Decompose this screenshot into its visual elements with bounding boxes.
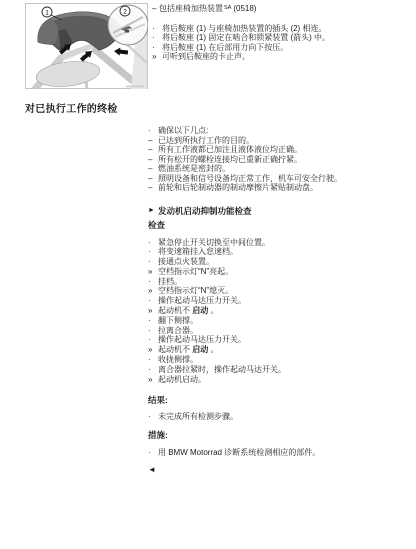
dash-icon: – xyxy=(148,155,158,165)
bullet-icon: · xyxy=(152,33,162,43)
check-step-text: 离合器拉紧时，操作起动马达开关。 xyxy=(158,365,414,375)
check-step: ·翻下侧撑。 xyxy=(148,316,414,326)
result-chevron-icon: » xyxy=(148,267,158,277)
final-check-text: 确保以下几点: xyxy=(158,126,414,136)
check-step: ·收拢侧撑。 xyxy=(148,355,414,365)
bullet-icon: · xyxy=(148,257,158,267)
install-step: · 将后鞍座 (1) 固定在啮合和锁紧装置 (箭头) 中。 xyxy=(152,33,414,43)
sa-equipment-note: – 包括座椅加热装置SA(0518) xyxy=(152,4,414,16)
engine-heading-text: 发动机启动抑制功能检查 xyxy=(158,206,252,216)
bullet-icon: · xyxy=(148,448,158,458)
result-chevron-icon: » xyxy=(148,306,158,316)
final-check-text: 燃油系统是密封的。 xyxy=(158,164,414,174)
sa-superscript: SA xyxy=(224,5,231,11)
install-step-text: 将后鞍座 (1) 固定在啮合和锁紧装置 (箭头) 中。 xyxy=(162,33,414,43)
bullet-icon: · xyxy=(148,355,158,365)
dash-icon: – xyxy=(148,164,158,174)
check-step: ·将变速箱挂入怠速档。 xyxy=(148,247,414,257)
dash-icon: – xyxy=(148,183,158,193)
final-check-text: 已达到所执行工作的目的。 xyxy=(158,136,414,146)
seat-heating-install-section: – 包括座椅加热装置SA(0518) · 将后鞍座 (1) 与座椅加热装置的插头… xyxy=(152,4,414,62)
final-check-item: –照明设备和信号设备均正常工作，机车可安全行驶。 xyxy=(148,174,414,184)
final-check-text: 所有松开的螺栓连接均已重新正确拧紧。 xyxy=(158,155,414,165)
final-check-item: –所有工作液都已加注且液体液位均正确。 xyxy=(148,145,414,155)
check-result-text: 起动机启动。 xyxy=(158,375,414,385)
measure-text: 用 BMW Motorrad 诊断系统检测相应的部件。 xyxy=(158,448,414,458)
install-result: » 可听到后鞍座的卡止声。 xyxy=(152,52,414,62)
check-result: »起动机不 启动 。 xyxy=(148,306,414,316)
check-result: »起动机启动。 xyxy=(148,375,414,385)
check-result-text: 起动机不 启动 。 xyxy=(158,306,414,316)
check-result-text: 空档指示灯“N”熄灭。 xyxy=(158,286,414,296)
result-label: 结果: xyxy=(148,395,414,405)
check-step: ·离合器拉紧时，操作起动马达开关。 xyxy=(148,365,414,375)
manual-page: 1 2 – 包括座椅加热装置SA(0518) · 将后鞍座 (1) 与座椅加热装… xyxy=(0,0,416,549)
sa-note-text: 包括座椅加热装置SA(0518) xyxy=(159,4,256,16)
bullet-icon: · xyxy=(148,326,158,336)
check-step-text: 收拢侧撑。 xyxy=(158,355,414,365)
check-step-text: 紧急停止开关切换至中间位置。 xyxy=(158,238,414,248)
back-navigation-arrow[interactable]: ◄ xyxy=(148,465,160,475)
install-step: · 将后鞍座 (1) 在后部用力向下按压。 xyxy=(152,43,414,53)
final-check-item: –已达到所执行工作的目的。 xyxy=(148,136,414,146)
result-text: 未完成所有检测步骤。 xyxy=(158,412,414,422)
check-result-text: 起动机不 启动 。 xyxy=(158,345,414,355)
svg-text:2: 2 xyxy=(123,8,127,15)
check-step: ·拉离合器。 xyxy=(148,326,414,336)
bullet-icon: · xyxy=(152,43,162,53)
bullet-icon: · xyxy=(148,296,158,306)
image-id-mark xyxy=(126,86,144,88)
seat-installation-figure: 1 2 xyxy=(25,3,148,89)
bullet-icon: · xyxy=(152,24,162,34)
final-check-item: ·确保以下几点: xyxy=(148,126,414,136)
final-check-item: –前轮和后轮制动器的制动摩擦片紧贴制动盘。 xyxy=(148,183,414,193)
bullet-icon: · xyxy=(148,316,158,326)
final-check-item: –所有松开的螺栓连接均已重新正确拧紧。 xyxy=(148,155,414,165)
check-step-text: 挂档。 xyxy=(158,277,414,287)
install-result-text: 可听到后鞍座的卡止声。 xyxy=(162,52,414,62)
engine-check-steps: ·紧急停止开关切换至中间位置。 ·将变速箱挂入怠速档。 ·接通点火装置。 »空档… xyxy=(148,238,414,385)
check-step-text: 翻下侧撑。 xyxy=(158,316,414,326)
final-check-text: 前轮和后轮制动器的制动摩擦片紧贴制动盘。 xyxy=(158,183,414,193)
result-chevron-icon: » xyxy=(148,375,158,385)
check-result-text: 空档指示灯“N”亮起。 xyxy=(158,267,414,277)
measure-item: · 用 BMW Motorrad 诊断系统检测相应的部件。 xyxy=(148,448,414,458)
install-steps-list: · 将后鞍座 (1) 与座椅加热装置的插头 (2) 相连。 · 将后鞍座 (1)… xyxy=(152,24,414,62)
dash-icon: – xyxy=(148,136,158,146)
check-step-text: 操作起动马达压力开关。 xyxy=(158,335,414,345)
check-step: ·操作起动马达压力开关。 xyxy=(148,296,414,306)
check-result: »空档指示灯“N”亮起。 xyxy=(148,267,414,277)
check-step-text: 操作起动马达压力开关。 xyxy=(158,296,414,306)
triangle-right-icon: ► xyxy=(148,206,158,216)
svg-text:1: 1 xyxy=(45,9,49,16)
check-result: »空档指示灯“N”熄灭。 xyxy=(148,286,414,296)
check-result: »起动机不 启动 。 xyxy=(148,345,414,355)
check-step: ·操作起动马达压力开关。 xyxy=(148,335,414,345)
check-step-text: 将变速箱挂入怠速档。 xyxy=(158,247,414,257)
final-check-text: 所有工作液都已加注且液体液位均正确。 xyxy=(158,145,414,155)
motorcycle-rear-illustration: 1 2 xyxy=(25,3,148,89)
check-step-text: 拉离合器。 xyxy=(158,326,414,336)
dash-marker: – xyxy=(152,4,159,16)
install-step-text: 将后鞍座 (1) 在后部用力向下按压。 xyxy=(162,43,414,53)
engine-start-suppression-heading: ► 发动机启动抑制功能检查 xyxy=(148,206,414,216)
bullet-icon: · xyxy=(148,365,158,375)
check-step-text: 接通点火装置。 xyxy=(158,257,414,267)
callout-2: 2 xyxy=(120,6,130,16)
result-item: · 未完成所有检测步骤。 xyxy=(148,412,414,422)
bullet-icon: · xyxy=(148,247,158,257)
result-chevron-icon: » xyxy=(148,286,158,296)
install-step: · 将后鞍座 (1) 与座椅加热装置的插头 (2) 相连。 xyxy=(152,24,414,34)
result-chevron-icon: » xyxy=(148,345,158,355)
result-chevron-icon: » xyxy=(152,52,162,62)
bullet-icon: · xyxy=(148,238,158,248)
sa-code: (0518) xyxy=(233,4,256,13)
content-column: ·确保以下几点: –已达到所执行工作的目的。 –所有工作液都已加注且液体液位均正… xyxy=(148,126,414,475)
final-check-title: 对已执行工作的终检 xyxy=(25,104,118,116)
install-step-text: 将后鞍座 (1) 与座椅加热装置的插头 (2) 相连。 xyxy=(162,24,414,34)
check-label: 检查 xyxy=(148,220,414,230)
final-check-list: ·确保以下几点: –已达到所执行工作的目的。 –所有工作液都已加注且液体液位均正… xyxy=(148,126,414,193)
final-check-item: –燃油系统是密封的。 xyxy=(148,164,414,174)
bullet-icon: · xyxy=(148,335,158,345)
measure-label: 措施: xyxy=(148,430,414,440)
check-step: ·紧急停止开关切换至中间位置。 xyxy=(148,238,414,248)
bullet-icon: · xyxy=(148,126,158,136)
check-step: ·接通点火装置。 xyxy=(148,257,414,267)
bullet-icon: · xyxy=(148,277,158,287)
dash-icon: – xyxy=(148,174,158,184)
final-check-text: 照明设备和信号设备均正常工作，机车可安全行驶。 xyxy=(158,174,414,184)
dash-icon: – xyxy=(148,145,158,155)
bullet-icon: · xyxy=(148,412,158,422)
check-step: ·挂档。 xyxy=(148,277,414,287)
